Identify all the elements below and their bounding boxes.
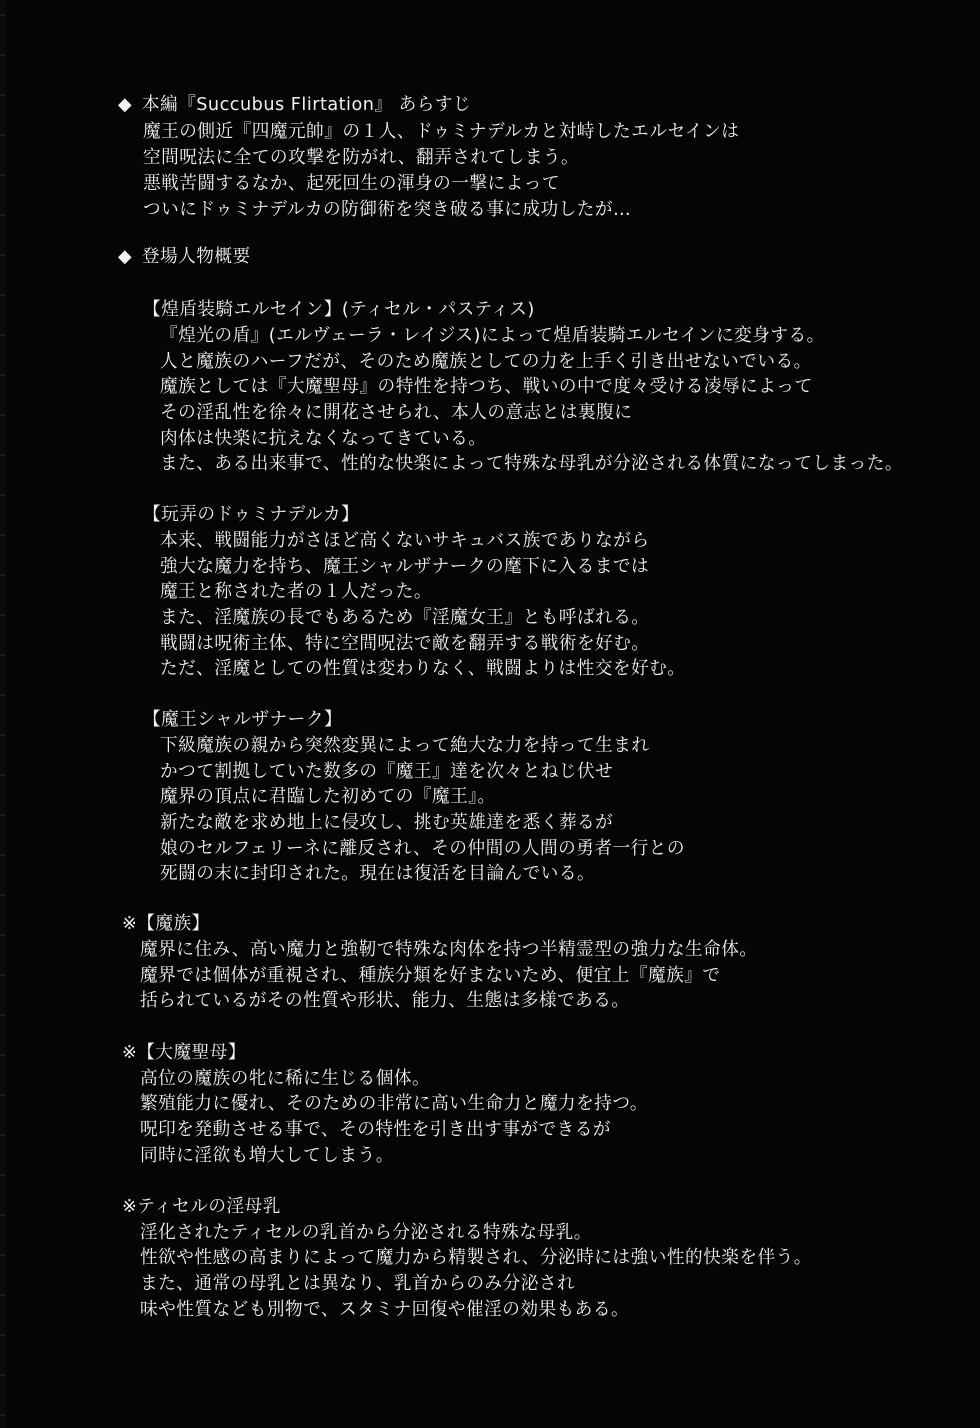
note-line: 味や性質なども別物で、スタミナ回復や催淫の効果もある。	[140, 1298, 629, 1322]
note-line: 性欲や性感の高まりによって魔力から精製され、分泌時には強い性的快楽を伴う。	[140, 1246, 812, 1270]
character-line: ただ、淫魔としての性質は変わりなく、戦闘よりは性交を好む。	[160, 657, 685, 681]
characters-heading: ◆登場人物概要	[118, 245, 251, 269]
synopsis-line: 空間呪法に全ての攻撃を防がれ、翻弄されてしまう。	[143, 146, 579, 170]
character-line: 強大な魔力を持ち、魔王シャルザナークの麾下に入るまでは	[160, 555, 649, 579]
synopsis-line: 悪戦苦闘するなか、起死回生の渾身の一撃によって	[143, 172, 560, 196]
character-line: 魔界の頂点に君臨した初めての『魔王』。	[160, 785, 496, 809]
character-heading: 【玩弄のドゥミナデルカ】	[143, 503, 359, 527]
character-line: 新たな敵を求め地上に侵攻し、挑む英雄達を悉く葬るが	[160, 811, 613, 835]
note-heading: ※ティセルの淫母乳	[122, 1195, 281, 1219]
character-line: 人と魔族のハーフだが、そのため魔族としての力を上手く引き出せないでいる。	[160, 350, 812, 374]
character-line: かつて割拠していた数多の『魔王』達を次々とねじ伏せ	[160, 760, 613, 784]
character-line: 肉体は快楽に抗えなくなってきている。	[160, 427, 486, 451]
character-heading: 【煌盾装騎エルセイン】(ティセル・パスティス)	[143, 298, 535, 322]
character-line: また、淫魔族の長でもあるため『淫魔女王』とも呼ばれる。	[160, 606, 650, 630]
character-line: また、ある出来事で、性的な快楽によって特殊な母乳が分泌される体質になってしまった…	[160, 452, 903, 476]
note-line: また、通常の母乳とは異なり、乳首からのみ分泌され	[140, 1272, 575, 1296]
character-line: 娘のセルフェリーネに離反され、その仲間の人間の勇者一行との	[160, 837, 685, 861]
binding-edge	[0, 0, 6, 1428]
character-line: その淫乱性を徐々に開花させられ、本人の意志とは裏腹に	[160, 401, 632, 425]
synopsis-line: ついにドゥミナデルカの防御術を突き破る事に成功したが…	[143, 198, 631, 222]
note-heading: ※【大魔聖母】	[122, 1041, 246, 1065]
character-line: 戦闘は呪術主体、特に空間呪法で敵を翻弄する戦術を好む。	[160, 632, 650, 656]
character-line: 本来、戦闘能力がさほど高くないサキュバス族でありながら	[160, 529, 650, 553]
note-line: 同時に淫欲も増大してしまう。	[140, 1144, 394, 1168]
note-line: 呪印を発動させる事で、その特性を引き出す事ができるが	[140, 1118, 611, 1142]
character-line: 下級魔族の親から突然変異によって絶大な力を持って生まれ	[160, 734, 650, 758]
diamond-bullet-icon: ◆	[118, 93, 132, 117]
note-line: 淫化されたティセルの乳首から分泌される特殊な母乳。	[140, 1221, 592, 1245]
note-heading: ※【魔族】	[122, 912, 210, 936]
characters-title: 登場人物概要	[142, 246, 251, 267]
diamond-bullet-icon: ◆	[118, 245, 132, 269]
character-line: 魔族としては『大魔聖母』の特性を持つち、戦いの中で度々受ける凌辱によって	[160, 375, 813, 399]
note-line: 括られているがその性質や形状、能力、生態は多様である。	[140, 989, 630, 1013]
document-page: ◆本編『Succubus Flirtation』 あらすじ 魔王の側近『四魔元帥…	[0, 0, 980, 1428]
synopsis-line: 魔王の側近『四魔元帥』の１人、ドゥミナデルカと対峙したエルセインは	[143, 120, 739, 144]
note-line: 繁殖能力に優れ、そのための非常に高い生命力と魔力を持つ。	[140, 1092, 648, 1116]
synopsis-title: 本編『Succubus Flirtation』 あらすじ	[142, 94, 471, 115]
character-line: 死闘の末に封印された。現在は復活を目論んでいる。	[160, 862, 595, 886]
character-line: 魔王と称された者の１人だった。	[160, 580, 432, 604]
character-line: 『煌光の盾』(エルヴェーラ・レイジス)によって煌盾装騎エルセインに変身する。	[160, 324, 825, 348]
note-line: 魔界では個体が重視され、種族分類を好まないため、便宜上『魔族』で	[140, 964, 721, 988]
character-heading: 【魔王シャルザナーク】	[143, 708, 342, 732]
note-line: 高位の魔族の牝に稀に生じる個体。	[140, 1067, 430, 1091]
note-line: 魔界に住み、高い魔力と強靭で特殊な肉体を持つ半精霊型の強力な生命体。	[140, 938, 757, 962]
synopsis-heading: ◆本編『Succubus Flirtation』 あらすじ	[118, 93, 471, 117]
